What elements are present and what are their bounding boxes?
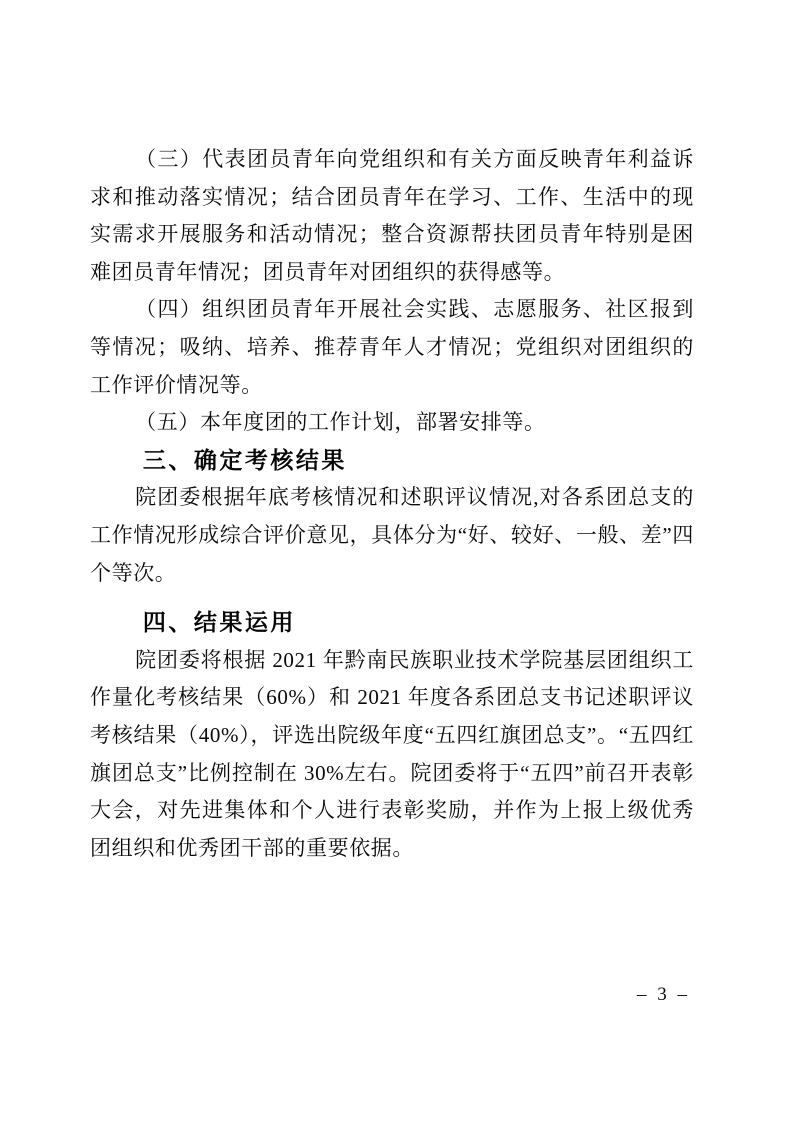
- paragraph-section-4-body: 院团委将根据 2021 年黔南民族职业技术学院基层团组织工作量化考核结果（60%…: [90, 642, 694, 868]
- page-number: – 3 –: [637, 984, 690, 1006]
- paragraph-item-five: （五）本年度团的工作计划，部署安排等。: [90, 404, 694, 442]
- paragraph-item-three: （三）代表团员青年向党组织和有关方面反映青年利益诉求和推动落实情况；结合团员青年…: [90, 141, 694, 291]
- document-body: （三）代表团员青年向党组织和有关方面反映青年利益诉求和推动落实情况；结合团员青年…: [90, 141, 694, 867]
- heading-section-3-assessment-results: 三、确定考核结果: [90, 442, 694, 480]
- document-page: （三）代表团员青年向党组织和有关方面反映青年利益诉求和推动落实情况；结合团员青年…: [0, 0, 793, 1122]
- paragraph-section-3-body: 院团委根据年底考核情况和述职评议情况,对各系团总支的工作情况形成综合评价意见，具…: [90, 479, 694, 592]
- heading-section-4-result-usage: 四、结果运用: [90, 604, 694, 642]
- paragraph-item-four: （四）组织团员青年开展社会实践、志愿服务、社区报到等情况；吸纳、培养、推荐青年人…: [90, 291, 694, 404]
